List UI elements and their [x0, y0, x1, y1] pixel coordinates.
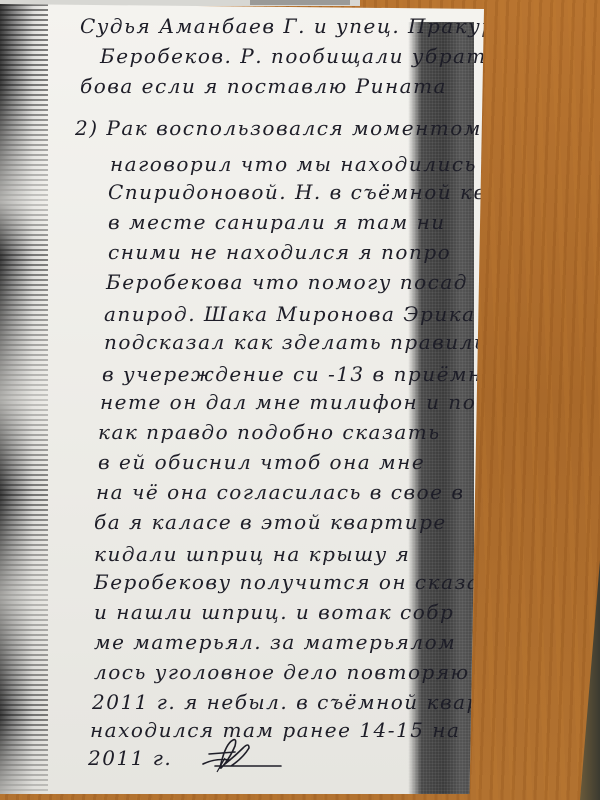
text-line: бова если я поставлю Рината	[80, 74, 447, 98]
text-line: Беробеков. Р. пообищали убрать	[100, 44, 499, 68]
handwritten-page: Судья Аманбаев Г. и упец. Пракурор Бероб…	[0, 4, 484, 794]
text-line: 2) Рак воспользовался моментом	[75, 116, 482, 140]
text-line: в ей обиснил чтоб она мне	[98, 450, 425, 474]
left-copy-shadow	[0, 4, 48, 794]
text-line: как правдо подобно сказать	[98, 420, 441, 444]
underlying-sheet-shadow	[250, 0, 350, 5]
text-line: Судья Аманбаев Г. и упец. Пракурор	[80, 14, 523, 38]
text-line: 2011 г.	[88, 746, 172, 770]
signature-icon	[195, 734, 285, 779]
text-line: Беробекову получится он сказал	[94, 570, 495, 594]
text-line: нете он дал мне тилифон и по	[100, 390, 476, 414]
text-line: Беробекова что помогу посад	[106, 270, 468, 294]
text-line: Спиридоновой. Н. в съёмной квар	[108, 180, 514, 204]
text-line: на чё она согласилась в свое в	[96, 480, 465, 504]
text-line: лось уголовное дело повторяю	[94, 660, 470, 684]
text-line: и нашли шприц. и вотак собр	[94, 600, 454, 624]
text-line: ме матерьял. за матерьялом	[94, 630, 456, 654]
handwritten-text: Судья Аманбаев Г. и упец. Пракурор Бероб…	[80, 4, 500, 794]
text-line: наговорил что мы находились	[110, 152, 477, 176]
text-line: ба я каласе в этой квартире	[94, 510, 447, 534]
text-line: подсказал как зделать правильно	[104, 330, 515, 354]
table-corner-shadow	[580, 560, 600, 800]
text-line: в месте санирали я там ни	[108, 210, 446, 234]
text-line: в учереждение си -13 в приёмно	[102, 362, 496, 386]
photo-scene: Судья Аманбаев Г. и упец. Пракурор Бероб…	[0, 0, 600, 800]
text-line: 2011 г. я небыл. в съёмной квар	[92, 690, 481, 714]
text-line: кидали шприц на крышу я	[94, 542, 410, 566]
text-line: сними не находился я попро	[108, 240, 451, 264]
text-line: апирод. Шака Миронова Эрика	[104, 302, 476, 326]
